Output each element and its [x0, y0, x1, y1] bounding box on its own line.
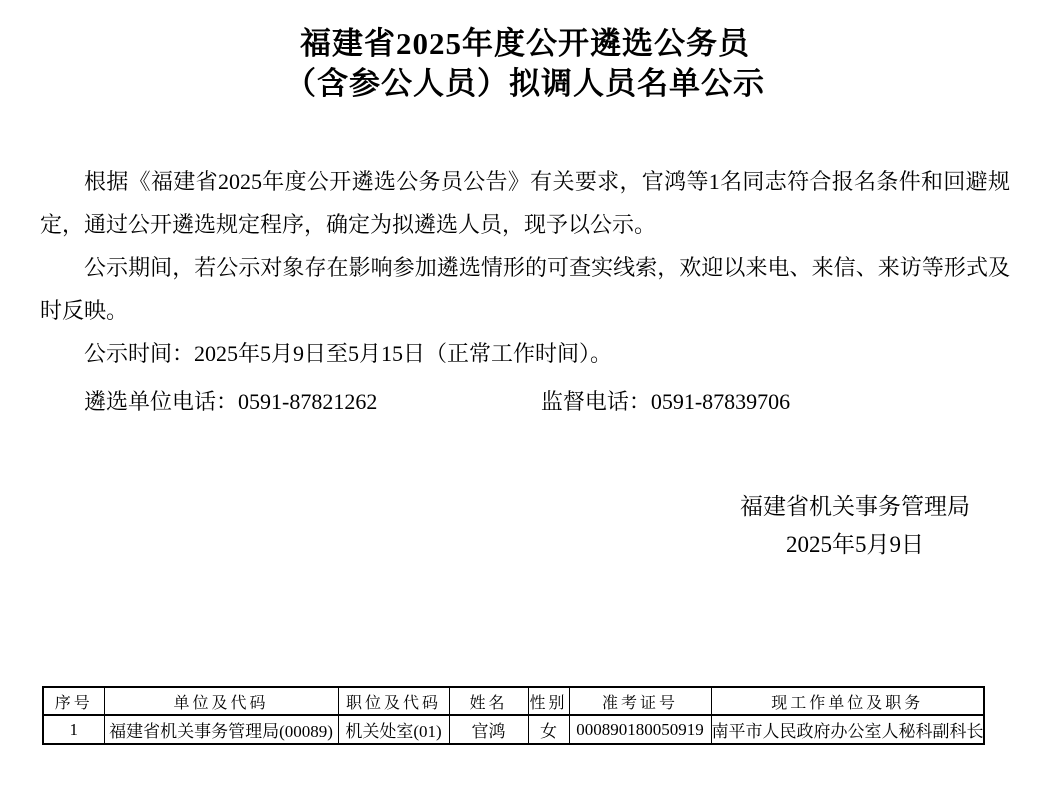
page-title: 福建省2025年度公开遴选公务员 （含参公人员）拟调人员名单公示 [0, 0, 1050, 104]
col-header-ticket-number: 准考证号 [569, 687, 711, 715]
document-body: 根据《福建省2025年度公开遴选公务员公告》有关要求，官鸿等1名同志符合报名条件… [0, 160, 1050, 423]
col-header-unit-code: 单位及代码 [104, 687, 338, 715]
roster-table: 序号 单位及代码 职位及代码 姓名 性别 准考证号 现工作单位及职务 1 福建省… [42, 686, 985, 745]
contact-line: 遴选单位电话：0591-87821262 监督电话：0591-87839706 [40, 380, 1010, 423]
cell-unit-code: 福建省机关事务管理局(00089) [104, 715, 338, 744]
page-title-line1: 福建省2025年度公开遴选公务员 [300, 26, 750, 61]
col-header-name: 姓名 [449, 687, 528, 715]
col-header-index: 序号 [43, 687, 104, 715]
signature-org: 福建省机关事务管理局 [740, 488, 970, 526]
page-title-line2: （含参公人员）拟调人员名单公示 [285, 66, 765, 101]
unit-phone-label: 遴选单位电话： [84, 389, 238, 414]
table-header-row: 序号 单位及代码 职位及代码 姓名 性别 准考证号 现工作单位及职务 [43, 687, 984, 715]
cell-name: 官鸿 [449, 715, 528, 744]
cell-gender: 女 [528, 715, 569, 744]
announcement-document: 福建省2025年度公开遴选公务员 （含参公人员）拟调人员名单公示 根据《福建省2… [0, 0, 1050, 799]
supervision-phone-number: 0591-87839706 [651, 389, 790, 414]
cell-index: 1 [43, 715, 104, 744]
unit-phone-number: 0591-87821262 [238, 389, 377, 414]
col-header-position-code: 职位及代码 [338, 687, 449, 715]
cell-position-code: 机关处室(01) [338, 715, 449, 744]
supervision-phone-label: 监督电话： [541, 389, 651, 414]
col-header-gender: 性别 [528, 687, 569, 715]
col-header-current-job: 现工作单位及职务 [711, 687, 984, 715]
signature-block: 福建省机关事务管理局 2025年5月9日 [740, 488, 970, 564]
paragraph-period: 公示时间：2025年5月9日至5月15日（正常工作时间）。 [40, 332, 1010, 375]
paragraph-basis: 根据《福建省2025年度公开遴选公务员公告》有关要求，官鸿等1名同志符合报名条件… [40, 160, 1010, 246]
cell-current-job: 南平市人民政府办公室人秘科副科长 [711, 715, 984, 744]
signature-date: 2025年5月9日 [740, 526, 970, 564]
cell-ticket-number: 000890180050919 [569, 715, 711, 744]
table-row: 1 福建省机关事务管理局(00089) 机关处室(01) 官鸿 女 000890… [43, 715, 984, 744]
paragraph-feedback: 公示期间，若公示对象存在影响参加遴选情形的可查实线索，欢迎以来电、来信、来访等形… [40, 246, 1010, 332]
